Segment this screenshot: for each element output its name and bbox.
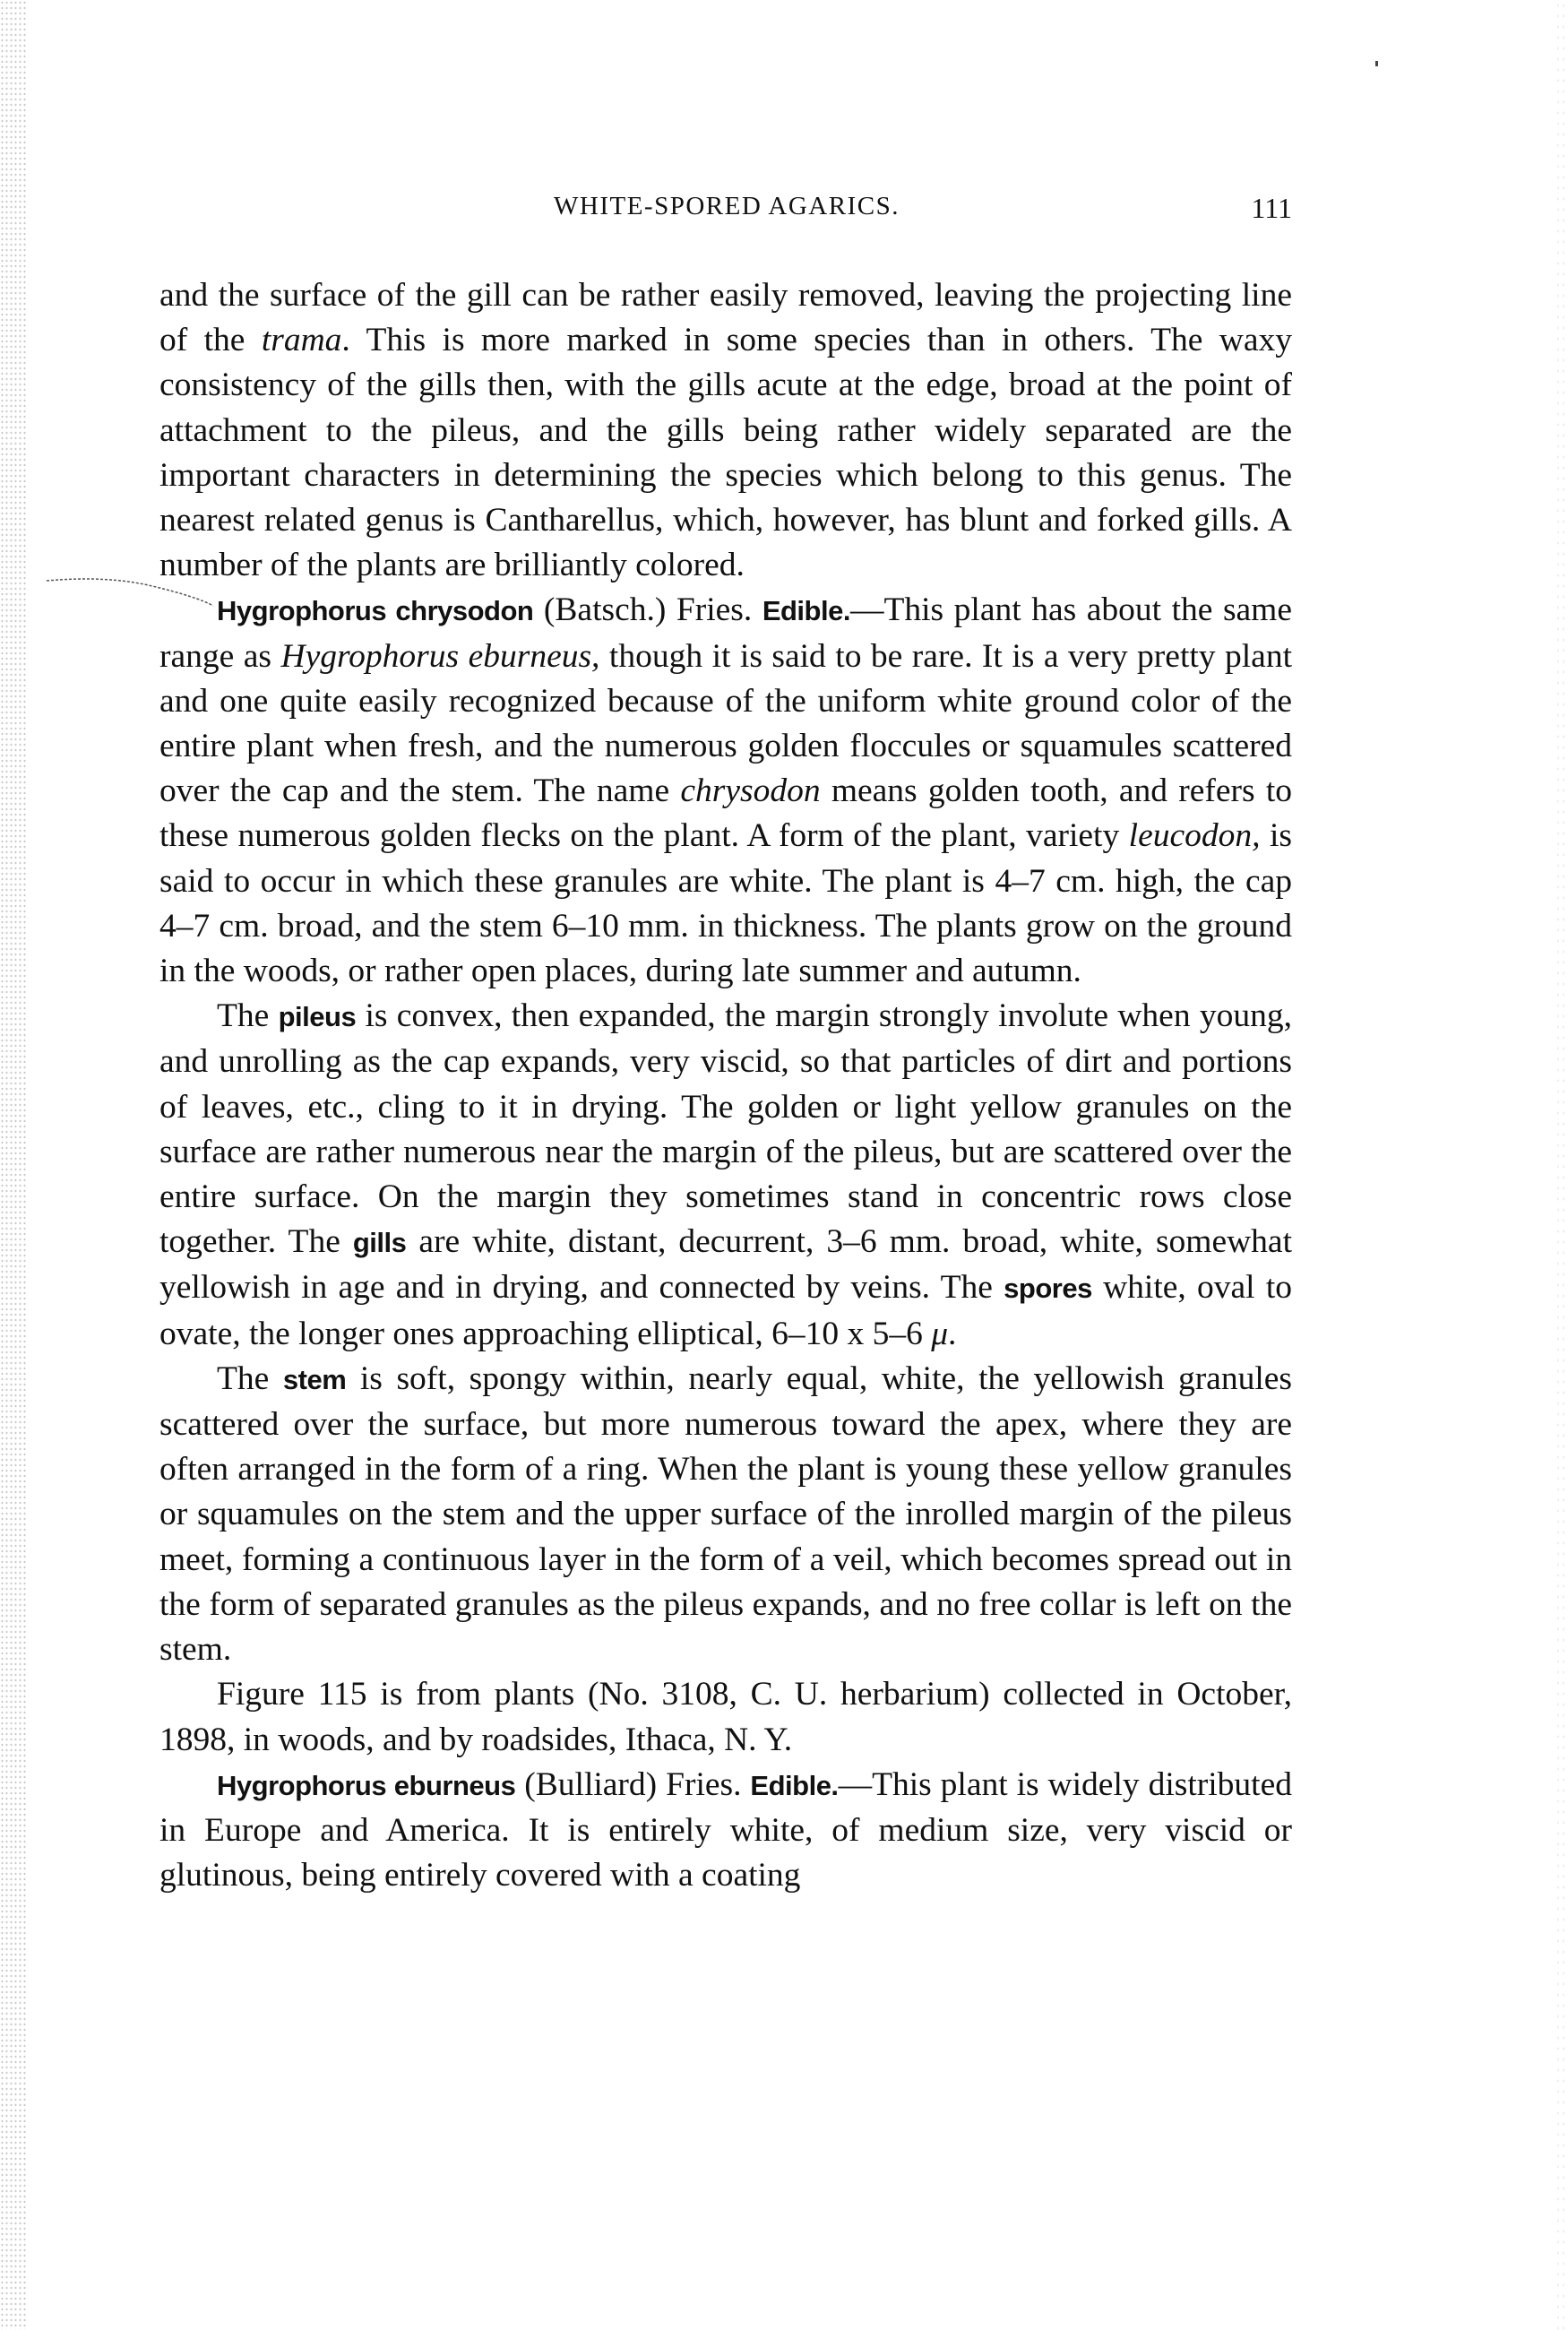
paragraph-figure-note: Figure 115 is from plants (No. 3108, C. …: [159, 1672, 1292, 1762]
scan-right-edge-texture: [1555, 0, 1568, 2330]
text-run: The: [217, 1360, 283, 1397]
paragraph-pileus: The pileus is convex, then expanded, the…: [159, 994, 1292, 1357]
text-run: is convex, then expanded, the margin str…: [159, 997, 1292, 1260]
bold-term: spores: [1004, 1273, 1092, 1304]
text-run: (Bulliard) Fries.: [515, 1766, 750, 1803]
italic-term: leucodon,: [1129, 817, 1261, 854]
bold-term: pileus: [279, 1001, 357, 1032]
italic-term: chrysodon: [680, 772, 820, 809]
scan-left-edge-texture: [0, 0, 27, 2330]
paragraph-0: and the surface of the gill can be rathe…: [159, 273, 1292, 588]
bold-term: stem: [283, 1364, 346, 1395]
paragraph-hygrophorus-chrysodon: Hygrophorus chrysodon (Batsch.) Fries. E…: [159, 588, 1292, 994]
bold-term: Edible.: [762, 595, 850, 626]
running-head: WHITE-SPORED AGARICS. 111: [161, 192, 1292, 228]
text-run: The: [217, 997, 279, 1034]
italic-term: μ: [931, 1316, 948, 1352]
paragraph-stem: The stem is soft, spongy within, nearly …: [159, 1357, 1292, 1672]
text-run: Figure 115 is from plants (No. 3108, C. …: [159, 1676, 1292, 1757]
bold-term: Edible.: [750, 1770, 838, 1801]
running-title: WHITE-SPORED AGARICS.: [161, 192, 1292, 221]
bold-term: Hygrophorus eburneus: [217, 1770, 515, 1801]
text-run: (Batsch.) Fries.: [533, 591, 762, 628]
text-run: . This is more marked in some species th…: [159, 322, 1292, 583]
italic-term: trama: [262, 322, 342, 358]
bold-term: gills: [353, 1227, 407, 1258]
bold-term: Hygrophorus chrysodon: [217, 595, 533, 626]
paragraph-hygrophorus-eburneus: Hygrophorus eburneus (Bulliard) Fries. E…: [159, 1763, 1292, 1899]
text-run: is soft, spongy within, nearly equal, wh…: [159, 1360, 1292, 1668]
scan-speck: [1375, 61, 1378, 66]
page-number: 111: [1251, 192, 1292, 225]
text-run: .: [948, 1316, 956, 1352]
italic-term: Hygrophorus eburneus,: [280, 638, 599, 675]
body-text: and the surface of the gill can be rathe…: [159, 273, 1292, 1898]
